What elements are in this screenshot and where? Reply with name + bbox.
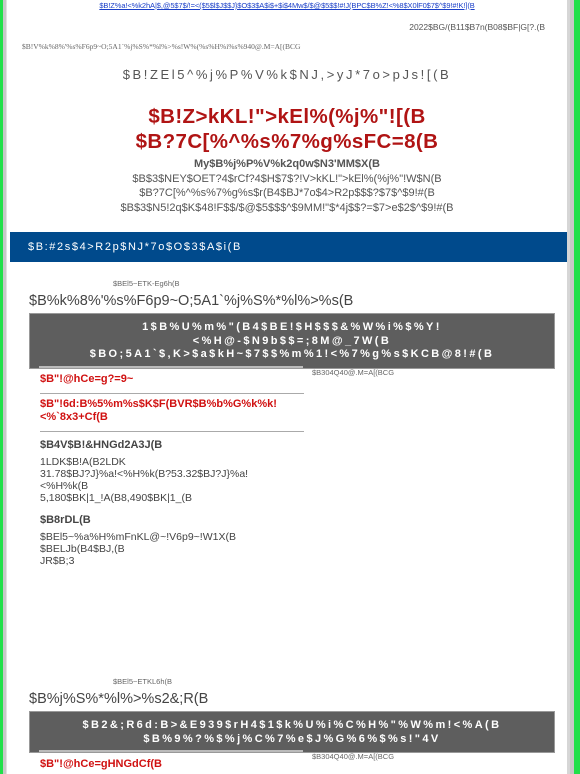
banner-line: $B2&;R6d:B>&E939$rH4$1$k%U%i%C%H%"%W%m!<… [30,719,554,733]
banner-divider [39,366,303,368]
listing-location: $BEl5~ETKL6h(B [113,677,172,686]
breadcrumb: $B!V%k%8%'%s%F6p9~O;5A1`%j%S%*%l%>%s!W%(… [22,42,300,51]
spec-line: 1LDK$B!A(B2LDK [40,456,304,468]
headline-line: $B!Z>kKL!">kEl%(%j%"![(B [7,104,567,129]
intro-text: My$B%j%P%V%k2q0w$N3'MM$X(B $B$3$NEY$OET?… [7,157,567,215]
banner-line: <%H@-$N9b$$=;8M@_7W(B [30,335,554,349]
intro-line: $B$3$NEY$OET?4$rCf?4$H$7$?!V>kKL!">kEl%(… [7,172,567,187]
highlight-item: $B"!6d:B%5%m%s$K$F(BVR$B%b%G%k%k!<%`8x3+… [40,394,304,432]
highlight-item: $B"!@hCe=gHNGdCf(B [40,758,304,774]
access-line: $BEl5~%a%H%mFnKL@~!V6p9~!W1X(B [40,531,304,543]
access-line: JR$B;3 [40,555,304,567]
intro-line: $B$3$N5!2q$K$48!F$$/$@$5$$$^$9MM!"$*4j$$… [7,201,567,216]
access-line: $BELJb(B4$BJ,(B [40,543,304,555]
access-body: $BEl5~%a%H%mFnKL@~!V6p9~!W1X(B $BELJb(B4… [40,531,304,567]
banner-divider [39,750,303,752]
spec-line: 31.78$BJ?J}%a!<%H%k(B?53.32$BJ?J}%a! [40,468,304,480]
cg-note: $B304Q40@.M=A[(BCG [312,368,394,377]
listing-location: $BEl5~ETK-Eg6h(B [113,279,180,288]
view-in-browser-link[interactable]: $B!Z%a!<%k2hA|$,@5$7$/!=<($5$l$J$$J}$O$3… [7,1,567,10]
spec-body: 1LDK$B!A(B2LDK 31.78$BJ?J}%a!<%H%k(B?53.… [40,456,304,504]
intro-lead: My$B%j%P%V%k2q0w$N3'MM$X(B [7,157,567,172]
site-tagline: $B!ZEl5^%j%P%V%k$NJ,>yJ*7o>pJs![(B [7,67,567,82]
highlight-item: $B"!@hCe=g?=9~ [40,373,304,394]
banner-line: $BO;5A1`$,K>$a$kH~$7$$%m%1!<%7%g%s$KCB@8… [30,348,554,362]
banner-line: $B%9%?%$%j%C%7%e$J%G%6%$%s!"4V [30,733,554,747]
spec-line: <%H%k(B [40,480,304,492]
listing-banner[interactable]: $B2&;R6d:B>&E939$rH4$1$k%U%i%C%H%"%W%m!<… [29,711,555,753]
spec-heading: $B4V$B!&HNGd2A3J(B [40,439,304,451]
headline: $B!Z>kKL!">kEl%(%j%"![(B $B?7C[%^%s%7%g%… [7,104,567,154]
listing-details: $B"!@hCe=gHNGdCf(B [40,758,304,774]
listing-name[interactable]: $B%j%S%*%l%>%s2&;R(B [29,691,208,707]
cg-note: $B304Q40@.M=A[(BCG [312,752,394,761]
intro-line: $B?7C[%^%s%7%g%s$r(B4$BJ*7o$4>R2p$$$?$7$… [7,186,567,201]
banner-line: 1$B%U%m%"(B4$BE!$H$$$&%W%i%$%Y! [30,321,554,335]
headline-line: $B?7C[%^%s%7%g%sFC=8(B [7,129,567,154]
listing-banner[interactable]: 1$B%U%m%"(B4$BE!$H$$$&%W%i%$%Y! <%H@-$N9… [29,313,555,369]
delivery-date: 2022$BG/(B11$B7n(B08$BF|G[?.(B [409,22,545,32]
listing-name[interactable]: $B%k%8%'%s%F6p9~O;5A1`%j%S%*%l%>%s(B [29,293,353,309]
email-page: $B!Z%a!<%k2hA|$,@5$7$/!=<($5$l$J$$J}$O$3… [6,0,570,774]
section-bar: $B:#2s$4>R2p$NJ*7o$O$3$A$i(B [10,232,570,262]
spec-line: 5,180$BK|1_!A(B8,490$BK|1_(B [40,492,304,504]
listing-details: $B"!@hCe=g?=9~ $B"!6d:B%5%m%s$K$F(BVR$B%… [40,373,304,567]
access-heading: $B8rDL(B [40,514,304,526]
